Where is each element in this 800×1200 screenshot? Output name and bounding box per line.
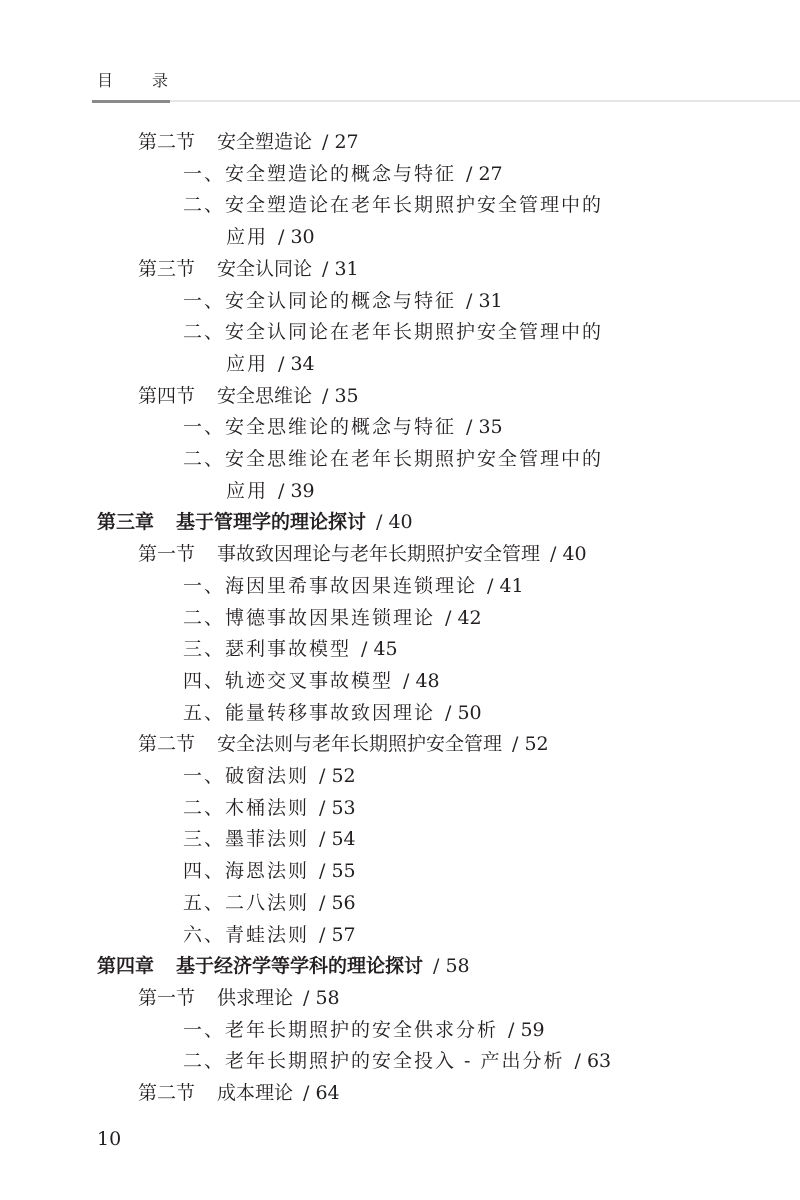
toc-page-ref: / 35: [466, 416, 503, 438]
toc-cont-row: 应用/ 30: [226, 221, 315, 253]
toc-title: 应用: [226, 353, 268, 375]
toc-title: 二、安全认同论在老年长期照护安全管理中的: [183, 321, 603, 343]
toc-page-ref: / 50: [445, 702, 482, 724]
toc-page-ref: / 56: [319, 892, 356, 914]
toc-page-ref: / 45: [361, 638, 398, 660]
toc-section-row: 第二节安全塑造论/ 27: [138, 126, 359, 158]
toc-title: 安全法则与老年长期照护安全管理: [217, 733, 502, 755]
toc-item-row: 六、青蛙法则/ 57: [183, 919, 356, 951]
toc-title: 四、海恩法则: [183, 860, 309, 882]
toc-chapter-row: 第四章基于经济学等学科的理论探讨/ 58: [97, 950, 470, 982]
toc-title: 一、安全认同论的概念与特征: [183, 290, 456, 312]
toc-page-ref: / 58: [303, 987, 340, 1009]
toc-item-row: 五、二八法则/ 56: [183, 887, 356, 919]
toc-page-ref: / 34: [278, 353, 315, 375]
toc-page-ref: / 48: [403, 670, 440, 692]
header-rule-accent: [92, 100, 170, 103]
toc-item-row: 一、破窗法则/ 52: [183, 760, 356, 792]
toc-item-row: 二、安全认同论在老年长期照护安全管理中的: [183, 316, 603, 348]
toc-label: 第二节: [138, 131, 195, 153]
toc-item-row: 二、木桶法则/ 53: [183, 792, 356, 824]
toc-page-ref: / 57: [319, 924, 356, 946]
toc-item-row: 二、博德事故因果连锁理论/ 42: [183, 602, 482, 634]
toc-item-row: 二、安全思维论在老年长期照护安全管理中的: [183, 443, 603, 475]
header-char-1: 目: [97, 71, 113, 90]
toc-label: 第一节: [138, 543, 195, 565]
toc-title: 一、安全思维论的概念与特征: [183, 416, 456, 438]
toc-item-row: 二、安全塑造论在老年长期照护安全管理中的: [183, 189, 603, 221]
toc-title: 一、海因里希事故因果连锁理论: [183, 575, 477, 597]
header-rule: [92, 100, 800, 102]
toc-label: 第二节: [138, 733, 195, 755]
toc-page-ref: / 63: [575, 1050, 612, 1072]
toc-page-ref: / 35: [322, 385, 359, 407]
toc-page-ref: / 41: [487, 575, 524, 597]
toc-item-row: 三、墨菲法则/ 54: [183, 823, 356, 855]
toc-title: 二、博德事故因果连锁理论: [183, 607, 435, 629]
toc-title: 事故致因理论与老年长期照护安全管理: [217, 543, 540, 565]
toc-title: 二、安全塑造论在老年长期照护安全管理中的: [183, 194, 603, 216]
toc-item-row: 一、安全塑造论的概念与特征/ 27: [183, 158, 503, 190]
toc-page-ref: / 27: [322, 131, 359, 153]
toc-title: 四、轨迹交叉事故模型: [183, 670, 393, 692]
toc-cont-row: 应用/ 39: [226, 475, 315, 507]
toc-page-ref: / 31: [322, 258, 359, 280]
toc-title: 三、瑟利事故模型: [183, 638, 351, 660]
toc-label: 第二节: [138, 1082, 195, 1104]
toc-label: 第三节: [138, 258, 195, 280]
toc-section-row: 第二节安全法则与老年长期照护安全管理/ 52: [138, 728, 549, 760]
toc-page-ref: / 64: [303, 1082, 340, 1104]
toc-section-row: 第一节事故致因理论与老年长期照护安全管理/ 40: [138, 538, 587, 570]
toc-label: 第四节: [138, 385, 195, 407]
toc-title: 安全思维论: [217, 385, 312, 407]
toc-title: 应用: [226, 480, 268, 502]
toc-title: 三、墨菲法则: [183, 828, 309, 850]
toc-page-ref: / 58: [433, 955, 470, 977]
toc-title: 五、能量转移事故致因理论: [183, 702, 435, 724]
header-char-2: 录: [152, 68, 168, 91]
toc-page-ref: / 27: [466, 163, 503, 185]
toc-title: 二、老年长期照护的安全投入 - 产出分析: [183, 1050, 565, 1072]
toc-section-row: 第二节成本理论/ 64: [138, 1077, 340, 1109]
toc-title: 五、二八法则: [183, 892, 309, 914]
running-header-title: 目 录: [97, 68, 113, 91]
toc-title: 基于经济学等学科的理论探讨: [176, 955, 423, 977]
toc-page-ref: / 40: [550, 543, 587, 565]
toc-page-ref: / 42: [445, 607, 482, 629]
toc-item-row: 一、海因里希事故因果连锁理论/ 41: [183, 570, 524, 602]
page-number: 10: [97, 1128, 121, 1150]
toc-page-ref: / 54: [319, 828, 356, 850]
toc-section-row: 第四节安全思维论/ 35: [138, 380, 359, 412]
toc-page-ref: / 59: [508, 1019, 545, 1041]
toc-item-row: 四、海恩法则/ 55: [183, 855, 356, 887]
toc-title: 成本理论: [217, 1082, 293, 1104]
toc-page-ref: / 31: [466, 290, 503, 312]
toc-title: 供求理论: [217, 987, 293, 1009]
toc-title: 一、破窗法则: [183, 765, 309, 787]
toc-title: 安全认同论: [217, 258, 312, 280]
toc-section-row: 第一节供求理论/ 58: [138, 982, 340, 1014]
toc-item-row: 一、安全认同论的概念与特征/ 31: [183, 285, 503, 317]
toc-label: 第三章: [97, 511, 154, 533]
toc-title: 六、青蛙法则: [183, 924, 309, 946]
toc-label: 第四章: [97, 955, 154, 977]
toc-section-row: 第三节安全认同论/ 31: [138, 253, 359, 285]
toc-page-ref: / 55: [319, 860, 356, 882]
toc-page-ref: / 40: [376, 511, 413, 533]
toc-page-ref: / 52: [319, 765, 356, 787]
toc-item-row: 一、老年长期照护的安全供求分析/ 59: [183, 1014, 545, 1046]
toc-title: 基于管理学的理论探讨: [176, 511, 366, 533]
toc-page-ref: / 39: [278, 480, 315, 502]
toc-title: 安全塑造论: [217, 131, 312, 153]
toc-item-row: 一、安全思维论的概念与特征/ 35: [183, 411, 503, 443]
toc-chapter-row: 第三章基于管理学的理论探讨/ 40: [97, 506, 413, 538]
toc-title: 应用: [226, 226, 268, 248]
toc-page-ref: / 30: [278, 226, 315, 248]
toc-item-row: 五、能量转移事故致因理论/ 50: [183, 697, 482, 729]
toc-title: 一、老年长期照护的安全供求分析: [183, 1019, 498, 1041]
toc-page-ref: / 52: [512, 733, 549, 755]
toc-title: 二、安全思维论在老年长期照护安全管理中的: [183, 448, 603, 470]
toc-item-row: 二、老年长期照护的安全投入 - 产出分析/ 63: [183, 1045, 611, 1077]
toc-title: 一、安全塑造论的概念与特征: [183, 163, 456, 185]
toc-title: 二、木桶法则: [183, 797, 309, 819]
toc-page-ref: / 53: [319, 797, 356, 819]
toc-cont-row: 应用/ 34: [226, 348, 315, 380]
toc-item-row: 四、轨迹交叉事故模型/ 48: [183, 665, 440, 697]
toc-item-row: 三、瑟利事故模型/ 45: [183, 633, 398, 665]
toc-label: 第一节: [138, 987, 195, 1009]
